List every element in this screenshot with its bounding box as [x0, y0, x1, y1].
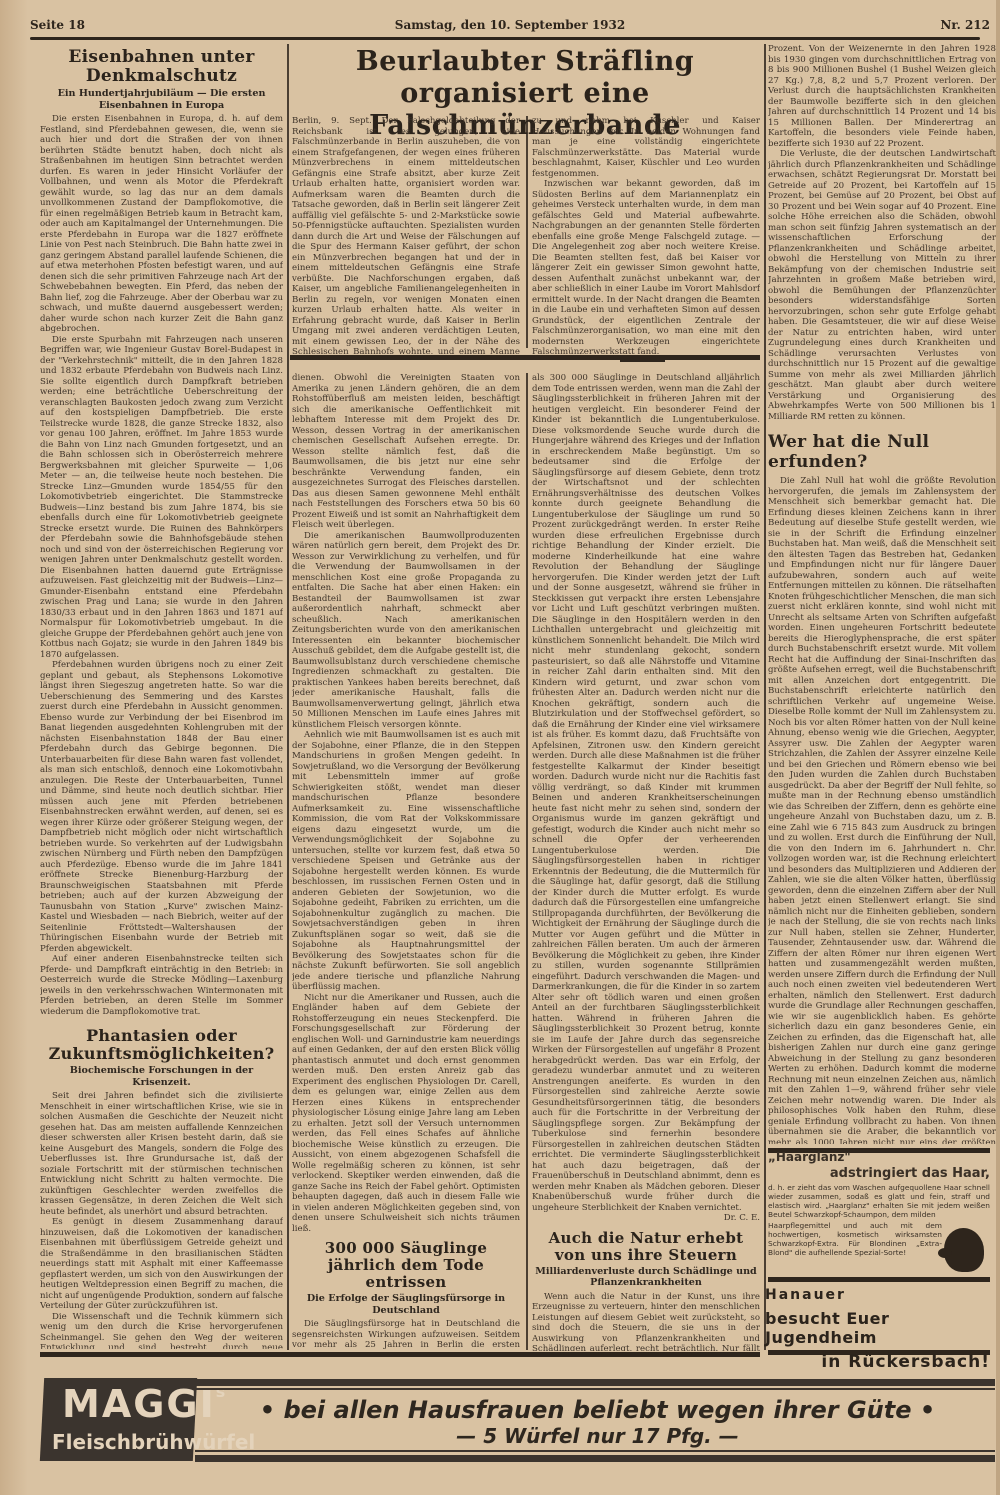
ad-line: besucht Euer Jugendheim	[765, 1309, 990, 1347]
issue-date: Samstag, den 10. September 1932	[30, 18, 990, 32]
woman-silhouette-icon	[944, 1228, 984, 1272]
paragraph: Nicht nur die Amerikaner und Russen, auc…	[292, 993, 520, 1235]
article-railways: Eisenbahnen unter Denkmalschutz Ein Hund…	[40, 44, 283, 1349]
column-rule	[526, 116, 528, 348]
paragraph: zu und nahm bei Küschler und Kaiser Haus…	[532, 116, 760, 179]
paragraph: Berlin, 9. Sept. Der Falschgeldabteilung…	[292, 116, 520, 354]
article-forger-right: zu und nahm bei Küschler und Kaiser Haus…	[532, 116, 760, 354]
end-rule	[620, 360, 665, 362]
page-edge-shadow	[0, 0, 28, 1495]
paragraph: Es genügt in diesem Zusammenhang darauf …	[40, 1217, 283, 1312]
masthead-rule	[30, 37, 980, 40]
ad-body: d. h. er zieht das vom Waschen aufgequol…	[768, 1183, 990, 1219]
ad-bar	[195, 1379, 995, 1386]
article-infants-continued: als 300 000 Säuglinge in Deutschland all…	[532, 373, 760, 1351]
column-rule	[287, 44, 289, 1350]
paragraph: Die ersten Eisenbahnen in Europa, d. h. …	[40, 114, 283, 335]
ad-haarglanz: „Haarglanz" adstringiert das Haar, d. h.…	[768, 1150, 990, 1275]
paragraph: als 300 000 Säuglinge in Deutschland all…	[532, 373, 760, 1213]
paragraph: Aehnlich wie mit Baumwollsamen ist es au…	[292, 730, 520, 993]
article-headline: Auch die Natur erhebt von uns ihre Steue…	[532, 1230, 760, 1264]
paragraph: Die Säuglingsfürsorge hat in Deutschland…	[292, 1319, 520, 1351]
article-subheadline: Biochemische Forschungen in der Krisenze…	[40, 1065, 283, 1088]
column-rule	[526, 373, 528, 1350]
maggi-price: — 5 Würfel nur 17 Pfg. —	[200, 1424, 995, 1448]
brand-text: MAGGI	[62, 1382, 216, 1426]
article-forger-left: Berlin, 9. Sept. Der Falschgeldabteilung…	[292, 116, 520, 354]
column-rule	[764, 44, 766, 1350]
ad-line: Hanauer	[765, 1287, 990, 1303]
article-subheadline: Ein Hundertjahrjubiläum — Die ersten Eis…	[40, 88, 283, 111]
ad-bar	[195, 1455, 995, 1462]
paragraph: Seit drei Jahren befindet sich die zivil…	[40, 1091, 283, 1217]
paragraph: Die Zahl Null hat wohl die größte Revolu…	[768, 476, 996, 1144]
paragraph: Die amerikanischen Baumwollproduzenten w…	[292, 531, 520, 731]
article-fantasy-continued: dienen. Obwohl die Vereinigten Staaten v…	[292, 373, 520, 1351]
paragraph: Die Verluste, die der deutschen Landwirt…	[768, 149, 996, 422]
masthead: Seite 18 Samstag, den 10. September 1932…	[30, 16, 990, 38]
issue-number: Nr. 212	[940, 18, 990, 32]
ad-tagline: adstringiert das Haar,	[768, 1166, 990, 1181]
paragraph: Prozent. Von der Weizenernte in den Jahr…	[768, 44, 996, 149]
paragraph: Die erste Spurbahn mit Fahrzeugen nach u…	[40, 335, 283, 661]
ad-bar	[195, 1450, 995, 1452]
maggi-slogan: • bei allen Hausfrauen beliebt wegen ihr…	[200, 1396, 995, 1424]
ad-maggi: MAGGIs Fleischbrühwürfel • bei allen Hau…	[40, 1374, 1000, 1462]
paragraph: Pferdebahnen wurden übrigens noch zu ein…	[40, 660, 283, 954]
ad-hanauer: Hanauer besucht Euer Jugendheim in Rücke…	[765, 1287, 990, 1369]
section-rule	[290, 355, 760, 360]
section-rule	[40, 1352, 760, 1357]
ad-brand: „Haarglanz"	[768, 1150, 990, 1164]
author-signature: Dr. C. E.	[532, 1213, 760, 1224]
article-subheadline: Milliardenverluste durch Schädlinge und …	[532, 1266, 760, 1289]
paragraph: dienen. Obwohl die Vereinigten Staaten v…	[292, 373, 520, 531]
ad-bar	[195, 1388, 995, 1390]
article-headline: Phantasien oder Zukunftsmöglichkeiten?	[40, 1027, 283, 1063]
article-headline: Wer hat die Null erfunden?	[768, 432, 996, 472]
page-edge	[996, 0, 1000, 1495]
ad-line: in Rückersbach!	[765, 1352, 990, 1372]
paragraph: Wenn auch die Natur in der Kunst, uns ih…	[532, 1292, 760, 1352]
article-subheadline: Die Erfolge der Säuglingsfürsorge in Deu…	[292, 1293, 520, 1316]
paragraph: Inzwischen war bekannt geworden, daß im …	[532, 179, 760, 354]
ad-rule	[768, 1277, 990, 1282]
article-nature-continued: Prozent. Von der Weizenernte in den Jahr…	[768, 44, 996, 1144]
article-headline: 300 000 Säuglinge jährlich dem Tode entr…	[292, 1240, 520, 1291]
paragraph: Die Wissenschaft und die Technik kümmern…	[40, 1312, 283, 1350]
paragraph: Auf einer anderen Eisenbahnstrecke teilt…	[40, 954, 283, 1017]
article-headline: Eisenbahnen unter Denkmalschutz	[40, 48, 283, 86]
